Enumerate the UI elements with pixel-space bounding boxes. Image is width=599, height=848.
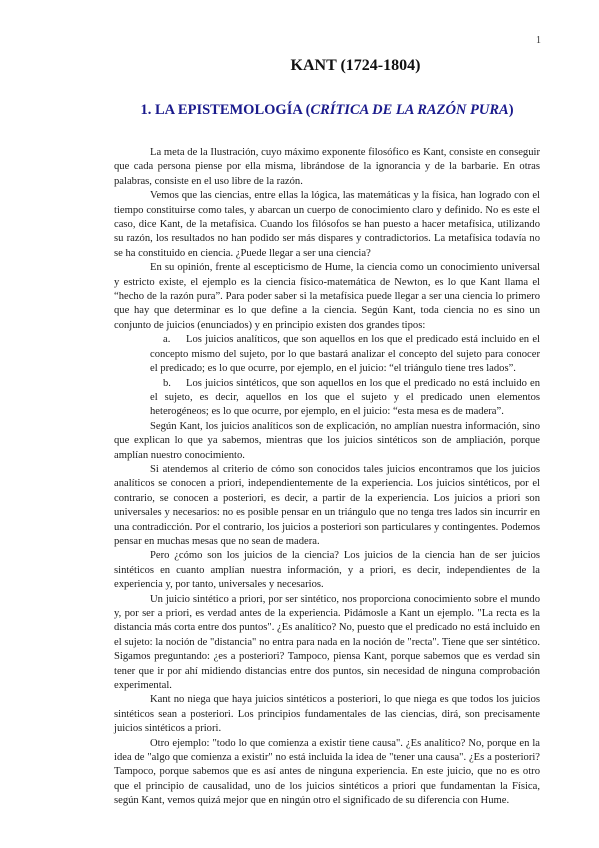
paragraph-ilustracion: La meta de la Ilustración, cuyo máximo e…: [114, 146, 540, 189]
page-number: 1: [536, 35, 541, 46]
paragraph-opinion: En su opinión, frente al escepticismo de…: [114, 261, 540, 333]
list-marker: b.: [163, 377, 186, 391]
document-title: KANT (1724-1804): [0, 57, 599, 75]
section-heading-work-title: CRÍTICA DE LA RAZÓN PURA: [310, 102, 508, 118]
paragraph-criterio: Si atendemos al criterio de cómo son con…: [114, 463, 540, 549]
paragraph-explicacion: Según Kant, los juicios analíticos son d…: [114, 420, 540, 463]
paragraph-ciencias: Vemos que las ciencias, entre ellas la l…: [114, 189, 540, 261]
list-item-text: Los juicios sintéticos, que son aquellos…: [150, 378, 540, 418]
section-heading-prefix: 1. LA EPISTEMOLOGÍA (: [140, 102, 310, 118]
paragraph-otro-ejemplo: Otro ejemplo: "todo lo que comienza a ex…: [114, 737, 540, 809]
paragraph-juicios-ciencia: Pero ¿cómo son los juicios de la ciencia…: [114, 549, 540, 592]
section-heading-suffix: ): [509, 102, 514, 118]
section-heading: 1. LA EPISTEMOLOGÍA (CRÍTICA DE LA RAZÓN…: [114, 102, 540, 119]
list-item-sinteticos: b.Los juicios sintéticos, que son aquell…: [150, 377, 540, 420]
paragraph-kant-no-niega: Kant no niega que haya juicios sintético…: [114, 693, 540, 736]
body-text: La meta de la Ilustración, cuyo máximo e…: [114, 146, 540, 809]
list-item-analiticos: a.Los juicios analíticos, que son aquell…: [150, 333, 540, 376]
list-marker: a.: [163, 333, 186, 347]
paragraph-sintetico-a-priori: Un juicio sintético a priori, por ser si…: [114, 593, 540, 694]
list-item-text: Los juicios analíticos, que son aquellos…: [150, 334, 540, 374]
